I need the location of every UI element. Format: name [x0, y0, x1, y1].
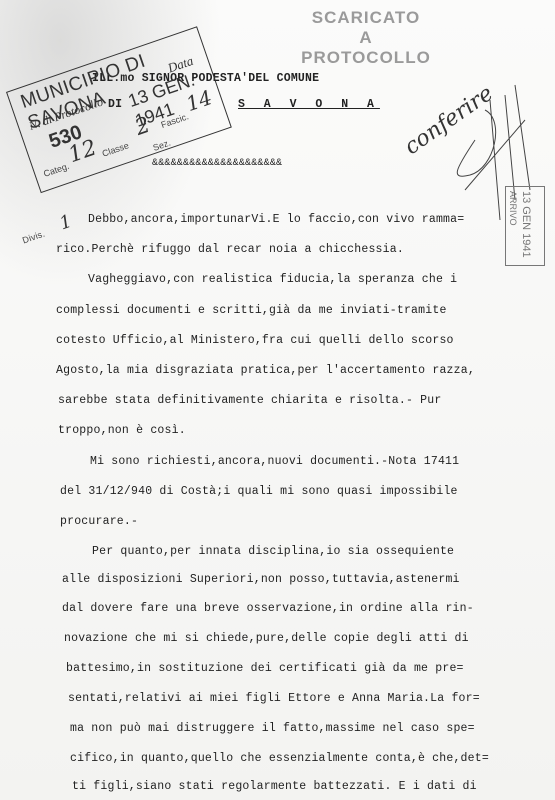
body-line: ti figli,siano stati regolarmente battez…: [72, 780, 477, 793]
arrivo-stamp: ARRIVO 13 GEN 1941: [505, 186, 545, 266]
address-city: S A V O N A: [238, 98, 380, 111]
body-line: sarebbe stata definitivamente chiarita e…: [58, 394, 441, 407]
body-line: Vagheggiavo,con realistica fiducia,la sp…: [88, 273, 457, 286]
body-line: del 31/12/940 di Costà;i quali mi sono q…: [60, 485, 458, 498]
body-line: rico.Perchè rifuggo dal recar noia a chi…: [56, 243, 404, 256]
scaricato-stamp: SCARICATO A PROTOCOLLO: [296, 8, 436, 68]
divis-label: Divis.: [21, 228, 46, 245]
divis-value: 1: [57, 211, 75, 235]
stamp-line: A PROTOCOLLO: [296, 28, 436, 68]
body-line: procurare.-: [60, 515, 138, 528]
classe-label: Classe: [101, 140, 130, 158]
body-line: cifico,in quanto,quello che essenzialmen…: [70, 752, 489, 765]
body-line: cotesto Ufficio,al Ministero,fra cui que…: [56, 334, 454, 347]
body-line: sentati,relativi ai miei figli Ettore e …: [68, 692, 480, 705]
body-line: Debbo,ancora,importunarVi.E lo faccio,co…: [88, 213, 464, 226]
arrivo-label: ARRIVO: [508, 191, 518, 226]
body-line: Per quanto,per innata disciplina,io sia …: [92, 545, 454, 558]
categ-label: Categ.: [42, 161, 70, 179]
sez-label: Sez.: [152, 138, 172, 153]
body-line: ma non può mai distruggere il fatto,mass…: [70, 722, 475, 735]
body-line: troppo,non è così.: [58, 424, 186, 437]
body-line: dal dovere fare una breve osservazione,i…: [62, 602, 474, 615]
body-line: Mi sono richiesti,ancora,nuovi documenti…: [90, 455, 459, 468]
body-line: Agosto,la mia disgraziata pratica,per l'…: [56, 364, 475, 377]
body-line: battesimo,in sostituzione dei certificat…: [66, 662, 464, 675]
scanned-page: SCARICATO A PROTOCOLLO ILL.mo SIGNOR POD…: [0, 0, 555, 800]
separator: &&&&&&&&&&&&&&&&&&&&&: [152, 158, 282, 169]
arrivo-date: 13 GEN 1941: [520, 191, 532, 258]
body-line: alle disposizioni Superiori,non posso,tu…: [62, 573, 460, 586]
body-line: novazione che mi si chiede,pure,delle co…: [64, 632, 469, 645]
body-line: complessi documenti e scritti,già da me …: [56, 304, 447, 317]
stamp-line: SCARICATO: [296, 8, 436, 28]
